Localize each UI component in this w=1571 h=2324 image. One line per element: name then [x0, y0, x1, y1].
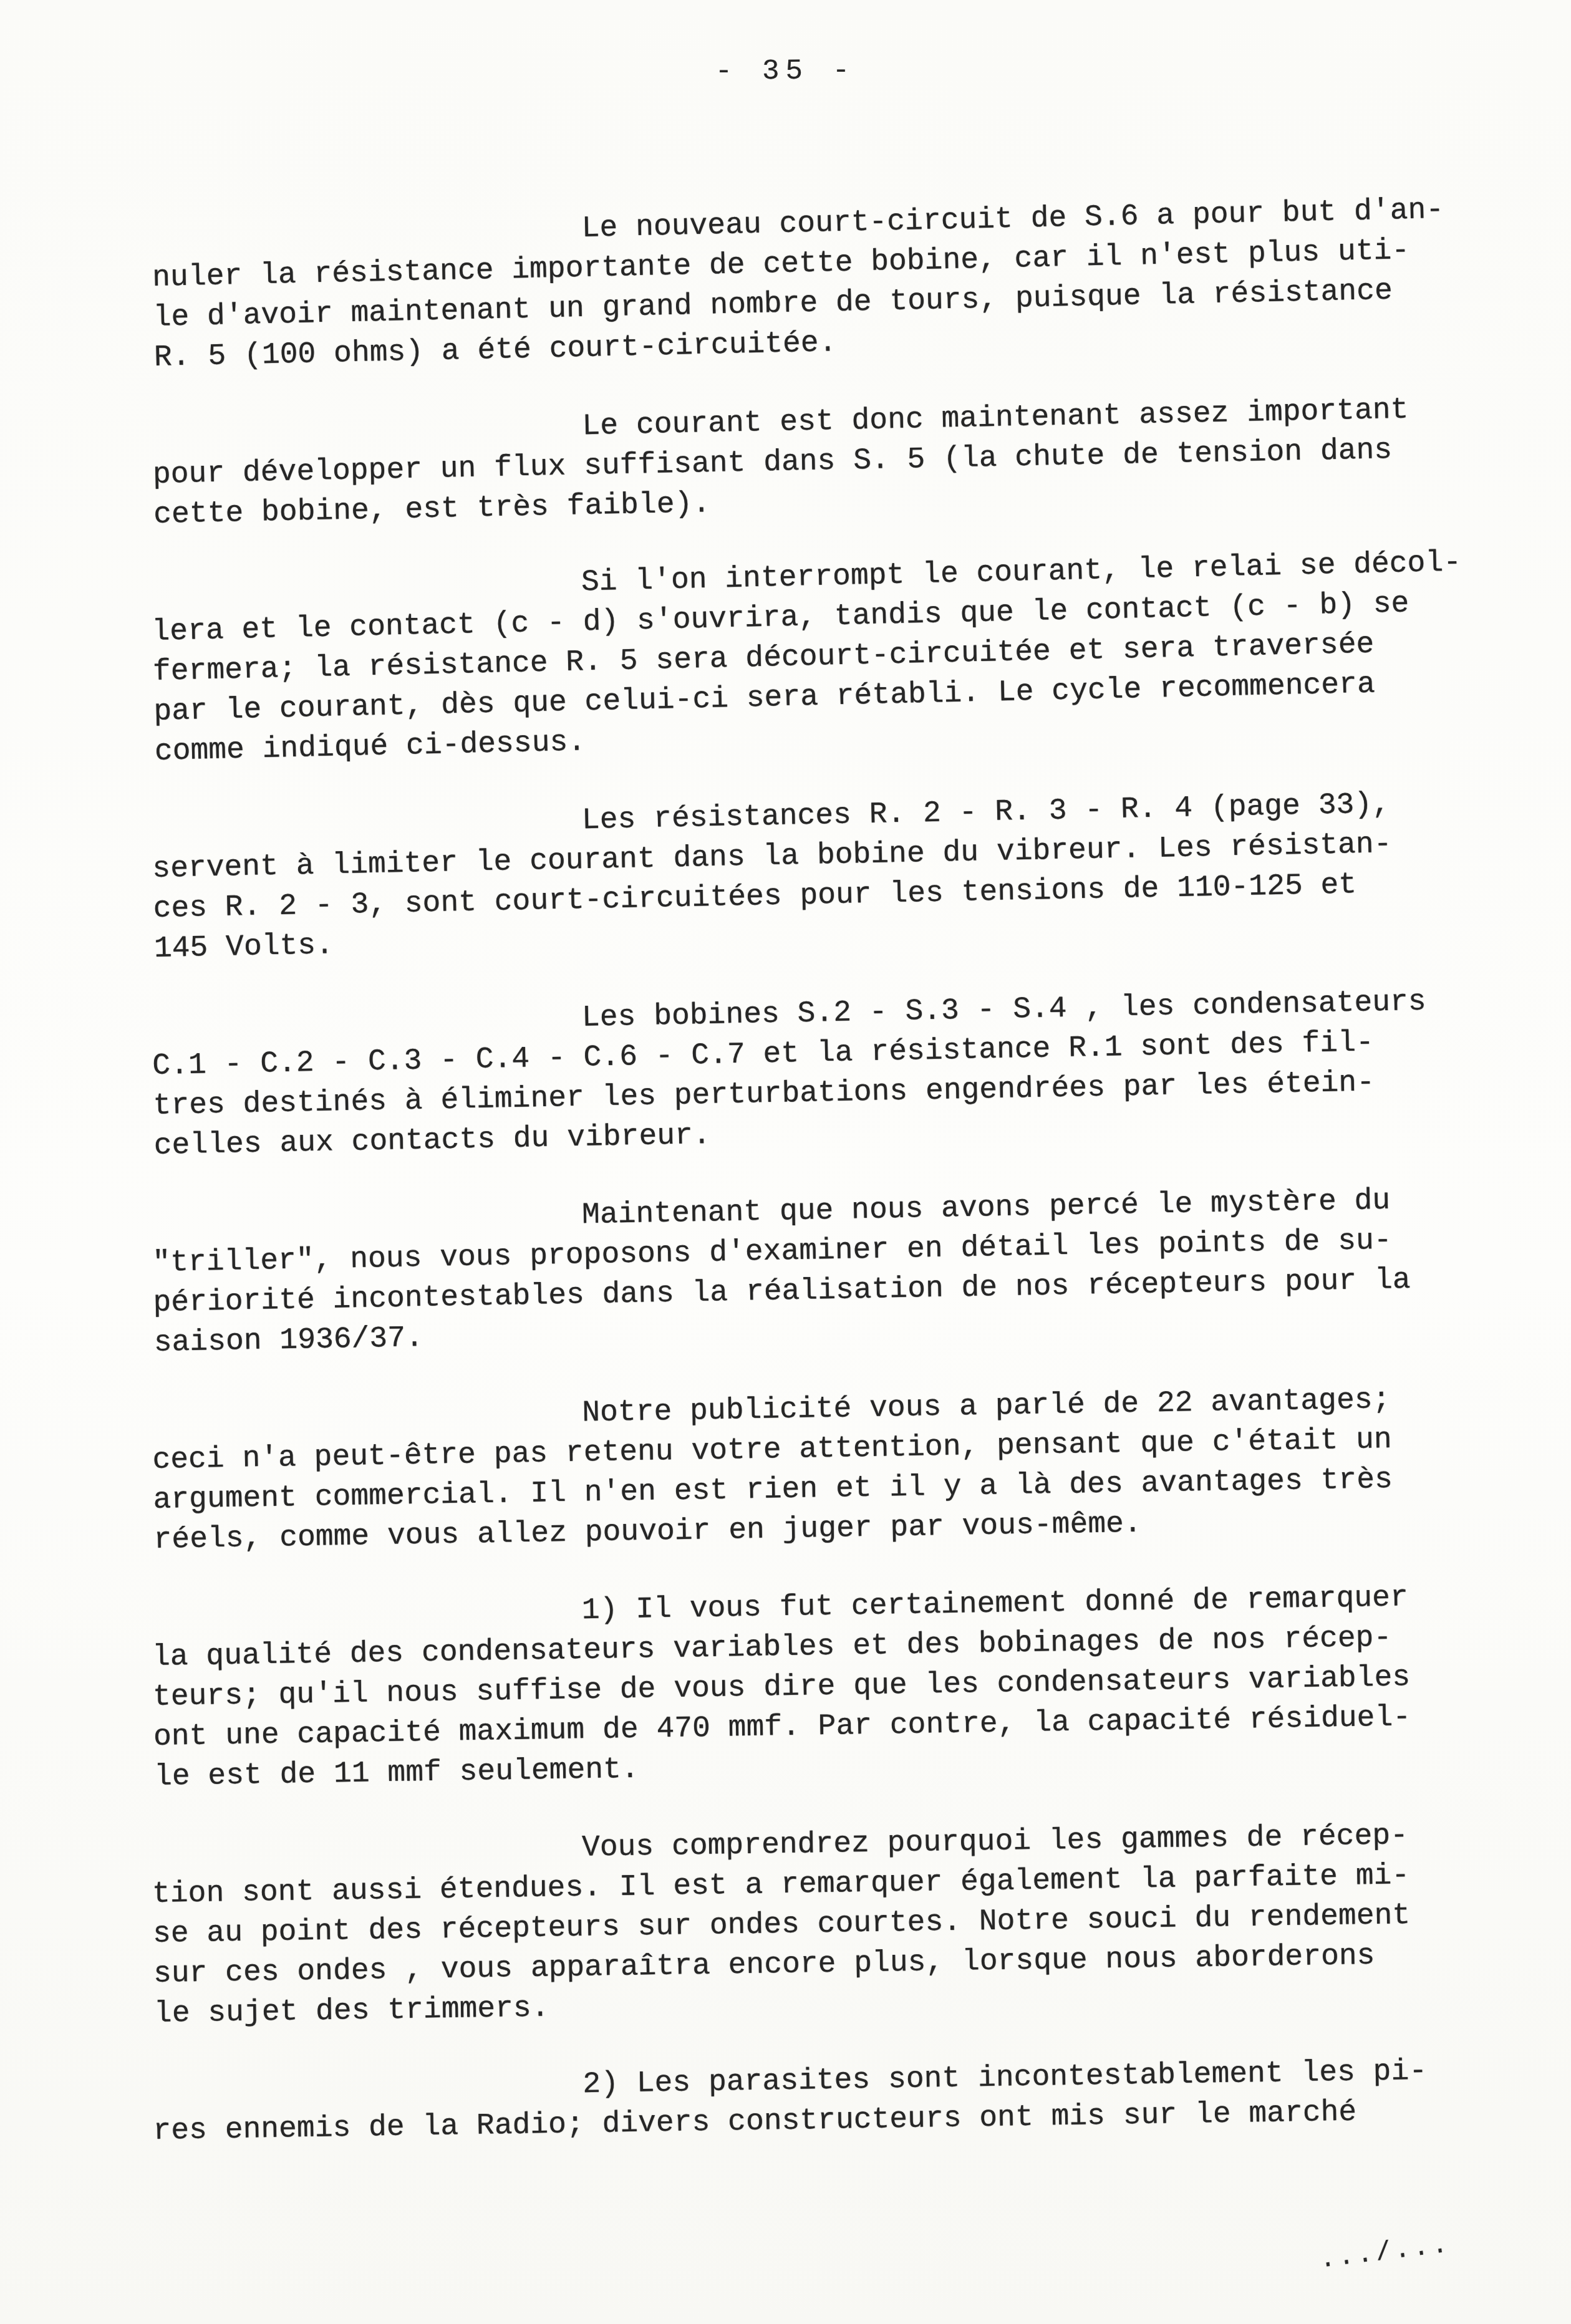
body-paragraph: 2) Les parasites sont incontestablement …: [152, 2050, 1532, 2151]
body-paragraph: Les résistances R. 2 - R. 3 - R. 4 (page…: [151, 782, 1532, 969]
page-number: - 35 -: [0, 51, 1571, 91]
body-paragraph: Le courant est donc maintenant assez imp…: [152, 388, 1532, 535]
scanned-page: - 35 - Le nouveau court-circuit de S.6 a…: [0, 0, 1571, 2324]
body-paragraph: Vous comprendrez pourquoi les gammes de …: [152, 1814, 1533, 2034]
body-paragraph: Maintenant que nous avons percé le mystè…: [152, 1179, 1532, 1363]
body-paragraph: Les bobines S.2 - S.3 - S.4 , les conden…: [152, 980, 1533, 1166]
body-paragraph: Si l'on interrompt le courant, le relai …: [150, 541, 1533, 772]
body-paragraph: Notre publicité vous a parlé de 22 avant…: [152, 1377, 1532, 1560]
body-paragraph: Le nouveau court-circuit de S.6 a pour b…: [151, 188, 1532, 378]
page-body: Le nouveau court-circuit de S.6 a pour b…: [153, 218, 1531, 2189]
body-paragraph: 1) Il vous fut certainement donné de rem…: [151, 1576, 1532, 1797]
continuation-mark: .../...: [1318, 2229, 1453, 2275]
